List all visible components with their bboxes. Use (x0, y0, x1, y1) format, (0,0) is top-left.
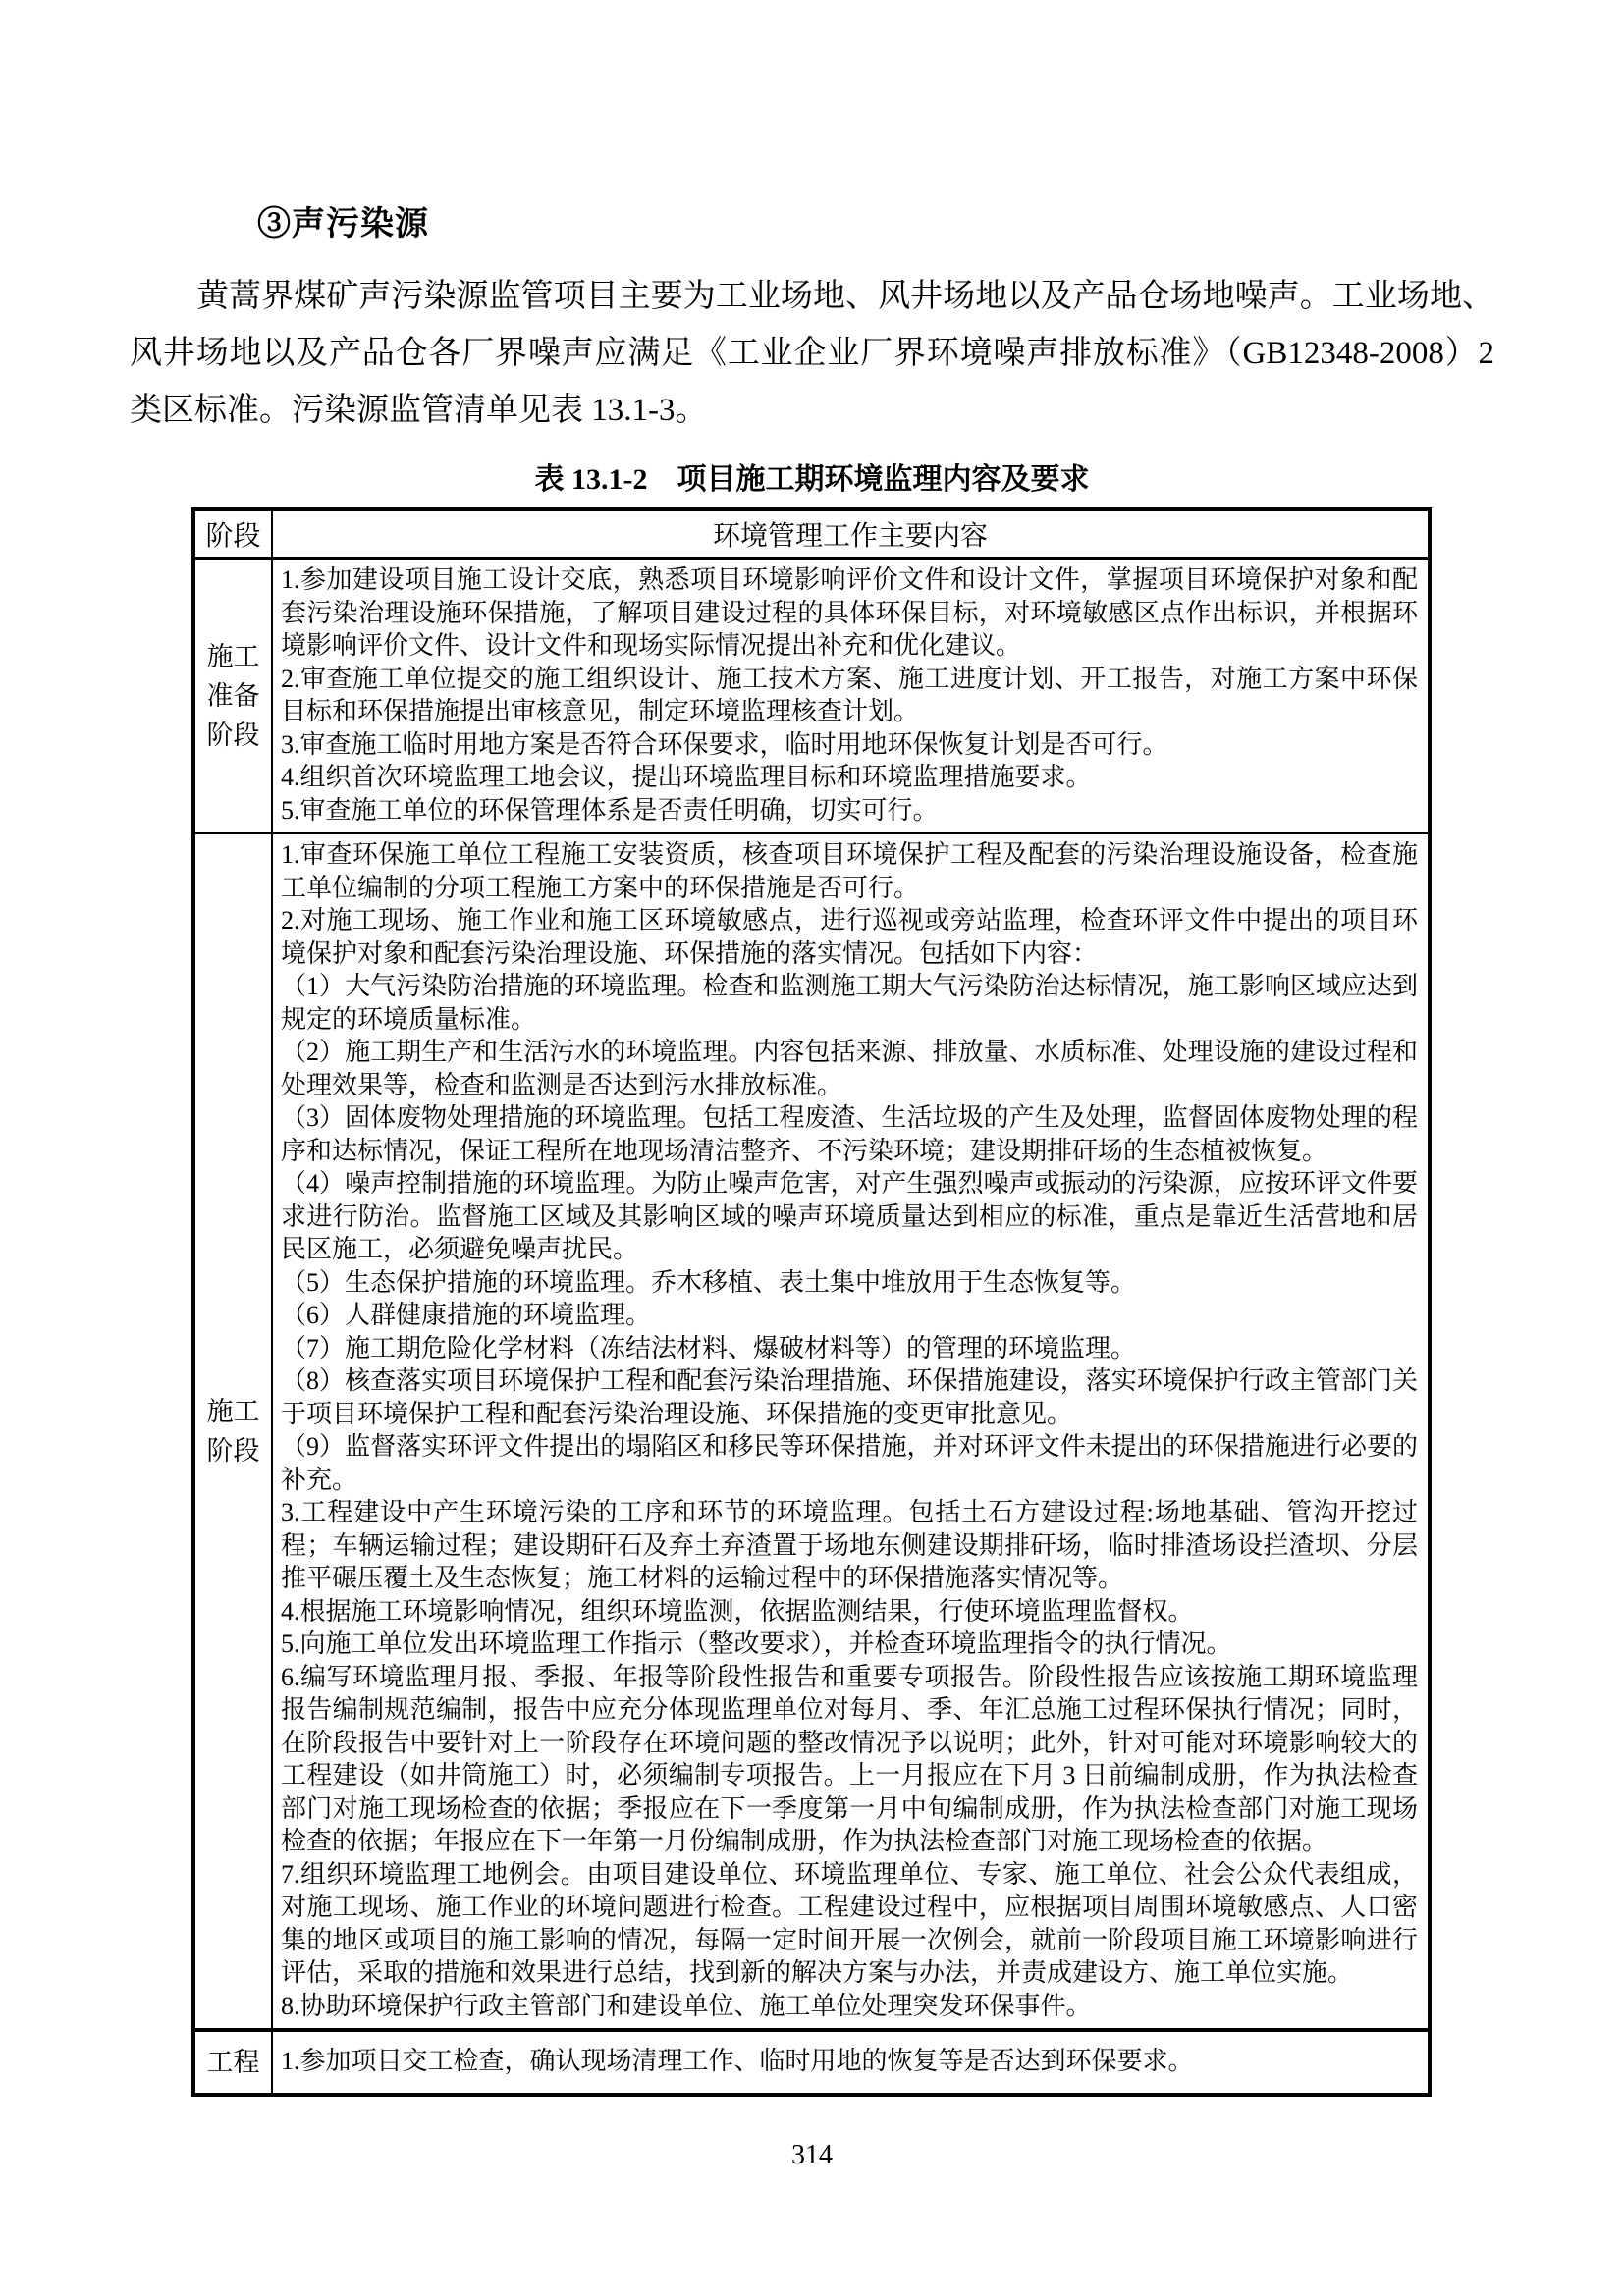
content-item: （6）人群健康措施的环境监理。 (281, 1299, 1418, 1332)
table-title: 表 13.1-2 项目施工期环境监理内容及要求 (130, 454, 1494, 498)
content-item: 8.协助环境保护行政主管部门和建设单位、施工单位处理突发环保事件。 (281, 1990, 1418, 2023)
content-item: 3.工程建设中产生环境污染的工序和环节的环境监理。包括土石方建设过程:场地基础、… (281, 1496, 1418, 1595)
stage-label: 施工 准备 阶段 (193, 559, 272, 834)
content-column-header: 环境管理工作主要内容 (272, 509, 1430, 559)
document-page: ③声污染源 黄蒿界煤矿声污染源监管项目主要为工业场地、风井场地以及产品仓场地噪声… (130, 196, 1494, 2171)
stage-content: 1.参加项目交工检查，确认现场清理工作、临时用地的恢复等是否达到环保要求。 (272, 2030, 1430, 2095)
table-header-row: 阶段 环境管理工作主要内容 (193, 509, 1430, 559)
monitoring-table: 阶段 环境管理工作主要内容 施工 准备 阶段1.参加建设项目施工设计交底，熟悉项… (191, 507, 1432, 2097)
content-item: （1）大气污染防治措施的环境监理。检查和监测施工期大气污染防治达标情况，施工影响… (281, 970, 1418, 1036)
stage-label: 施工 阶段 (193, 833, 272, 2030)
monitoring-table-body: 阶段 环境管理工作主要内容 施工 准备 阶段1.参加建设项目施工设计交底，熟悉项… (193, 509, 1430, 2095)
content-item: （8）核查落实项目环境保护工程和配套污染治理措施、环保措施建设，落实环境保护行政… (281, 1364, 1418, 1430)
stage-content: 1.审查环保施工单位工程施工安装资质，核查项目环境保护工程及配套的污染治理设施设… (272, 833, 1430, 2030)
content-item: 1.参加建设项目施工设计交底，熟悉项目环境影响评价文件和设计文件，掌握项目环境保… (281, 563, 1418, 663)
content-item: （7）施工期危险化学材料（冻结法材料、爆破材料等）的管理的环境监理。 (281, 1332, 1418, 1365)
content-item: 2.审查施工单位提交的施工组织设计、施工技术方案、施工进度计划、开工报告，对施工… (281, 663, 1418, 728)
content-item: 1.审查环保施工单位工程施工安装资质，核查项目环境保护工程及配套的污染治理设施设… (281, 838, 1418, 904)
content-item: 3.审查施工临时用地方案是否符合环保要求，临时用地环保恢复计划是否可行。 (281, 728, 1418, 762)
content-item: 5.向施工单位发出环境监理工作指示（整改要求），并检查环境监理指令的执行情况。 (281, 1628, 1418, 1661)
content-item: （9）监督落实环评文件提出的塌陷区和移民等环保措施，并对环评文件未提出的环保措施… (281, 1430, 1418, 1496)
table-row: 施工 阶段1.审查环保施工单位工程施工安装资质，核查项目环境保护工程及配套的污染… (193, 833, 1430, 2030)
table-row: 工程1.参加项目交工检查，确认现场清理工作、临时用地的恢复等是否达到环保要求。 (193, 2030, 1430, 2095)
table-row: 施工 准备 阶段1.参加建设项目施工设计交底，熟悉项目环境影响评价文件和设计文件… (193, 559, 1430, 834)
content-item: 7.组织环境监理工地例会。由项目建设单位、环境监理单位、专家、施工单位、社会公众… (281, 1858, 1418, 1990)
content-item: 1.参加项目交工检查，确认现场清理工作、临时用地的恢复等是否达到环保要求。 (281, 2045, 1418, 2078)
content-item: 2.对施工现场、施工作业和施工区环境敏感点，进行巡视或旁站监理，检查环评文件中提… (281, 904, 1418, 970)
content-item: 6.编写环境监理月报、季报、年报等阶段性报告和重要专项报告。阶段性报告应该按施工… (281, 1661, 1418, 1858)
content-item: （2）施工期生产和生活污水的环境监理。内容包括来源、排放量、水质标准、处理设施的… (281, 1036, 1418, 1101)
content-item: 5.审查施工单位的环保管理体系是否责任明确，切实可行。 (281, 794, 1418, 828)
content-item: 4.组织首次环境监理工地会议，提出环境监理目标和环境监理措施要求。 (281, 761, 1418, 794)
stage-label: 工程 (193, 2030, 272, 2095)
section-heading: ③声污染源 (130, 196, 1494, 244)
intro-paragraph: 黄蒿界煤矿声污染源监管项目主要为工业场地、风井场地以及产品仓场地噪声。工业场地、… (130, 268, 1494, 439)
content-item: （4）噪声控制措施的环境监理。为防止噪声危害，对产生强烈噪声或振动的污染源，应按… (281, 1167, 1418, 1266)
content-item: （5）生态保护措施的环境监理。乔木移植、表土集中堆放用于生态恢复等。 (281, 1266, 1418, 1300)
content-item: 4.根据施工环境影响情况，组织环境监测，依据监测结果，行使环境监理监督权。 (281, 1595, 1418, 1629)
page-number: 314 (130, 2140, 1494, 2171)
stage-content: 1.参加建设项目施工设计交底，熟悉项目环境影响评价文件和设计文件，掌握项目环境保… (272, 559, 1430, 834)
stage-column-header: 阶段 (193, 509, 272, 559)
content-item: （3）固体废物处理措施的环境监理。包括工程废渣、生活垃圾的产生及处理，监督固体废… (281, 1101, 1418, 1167)
